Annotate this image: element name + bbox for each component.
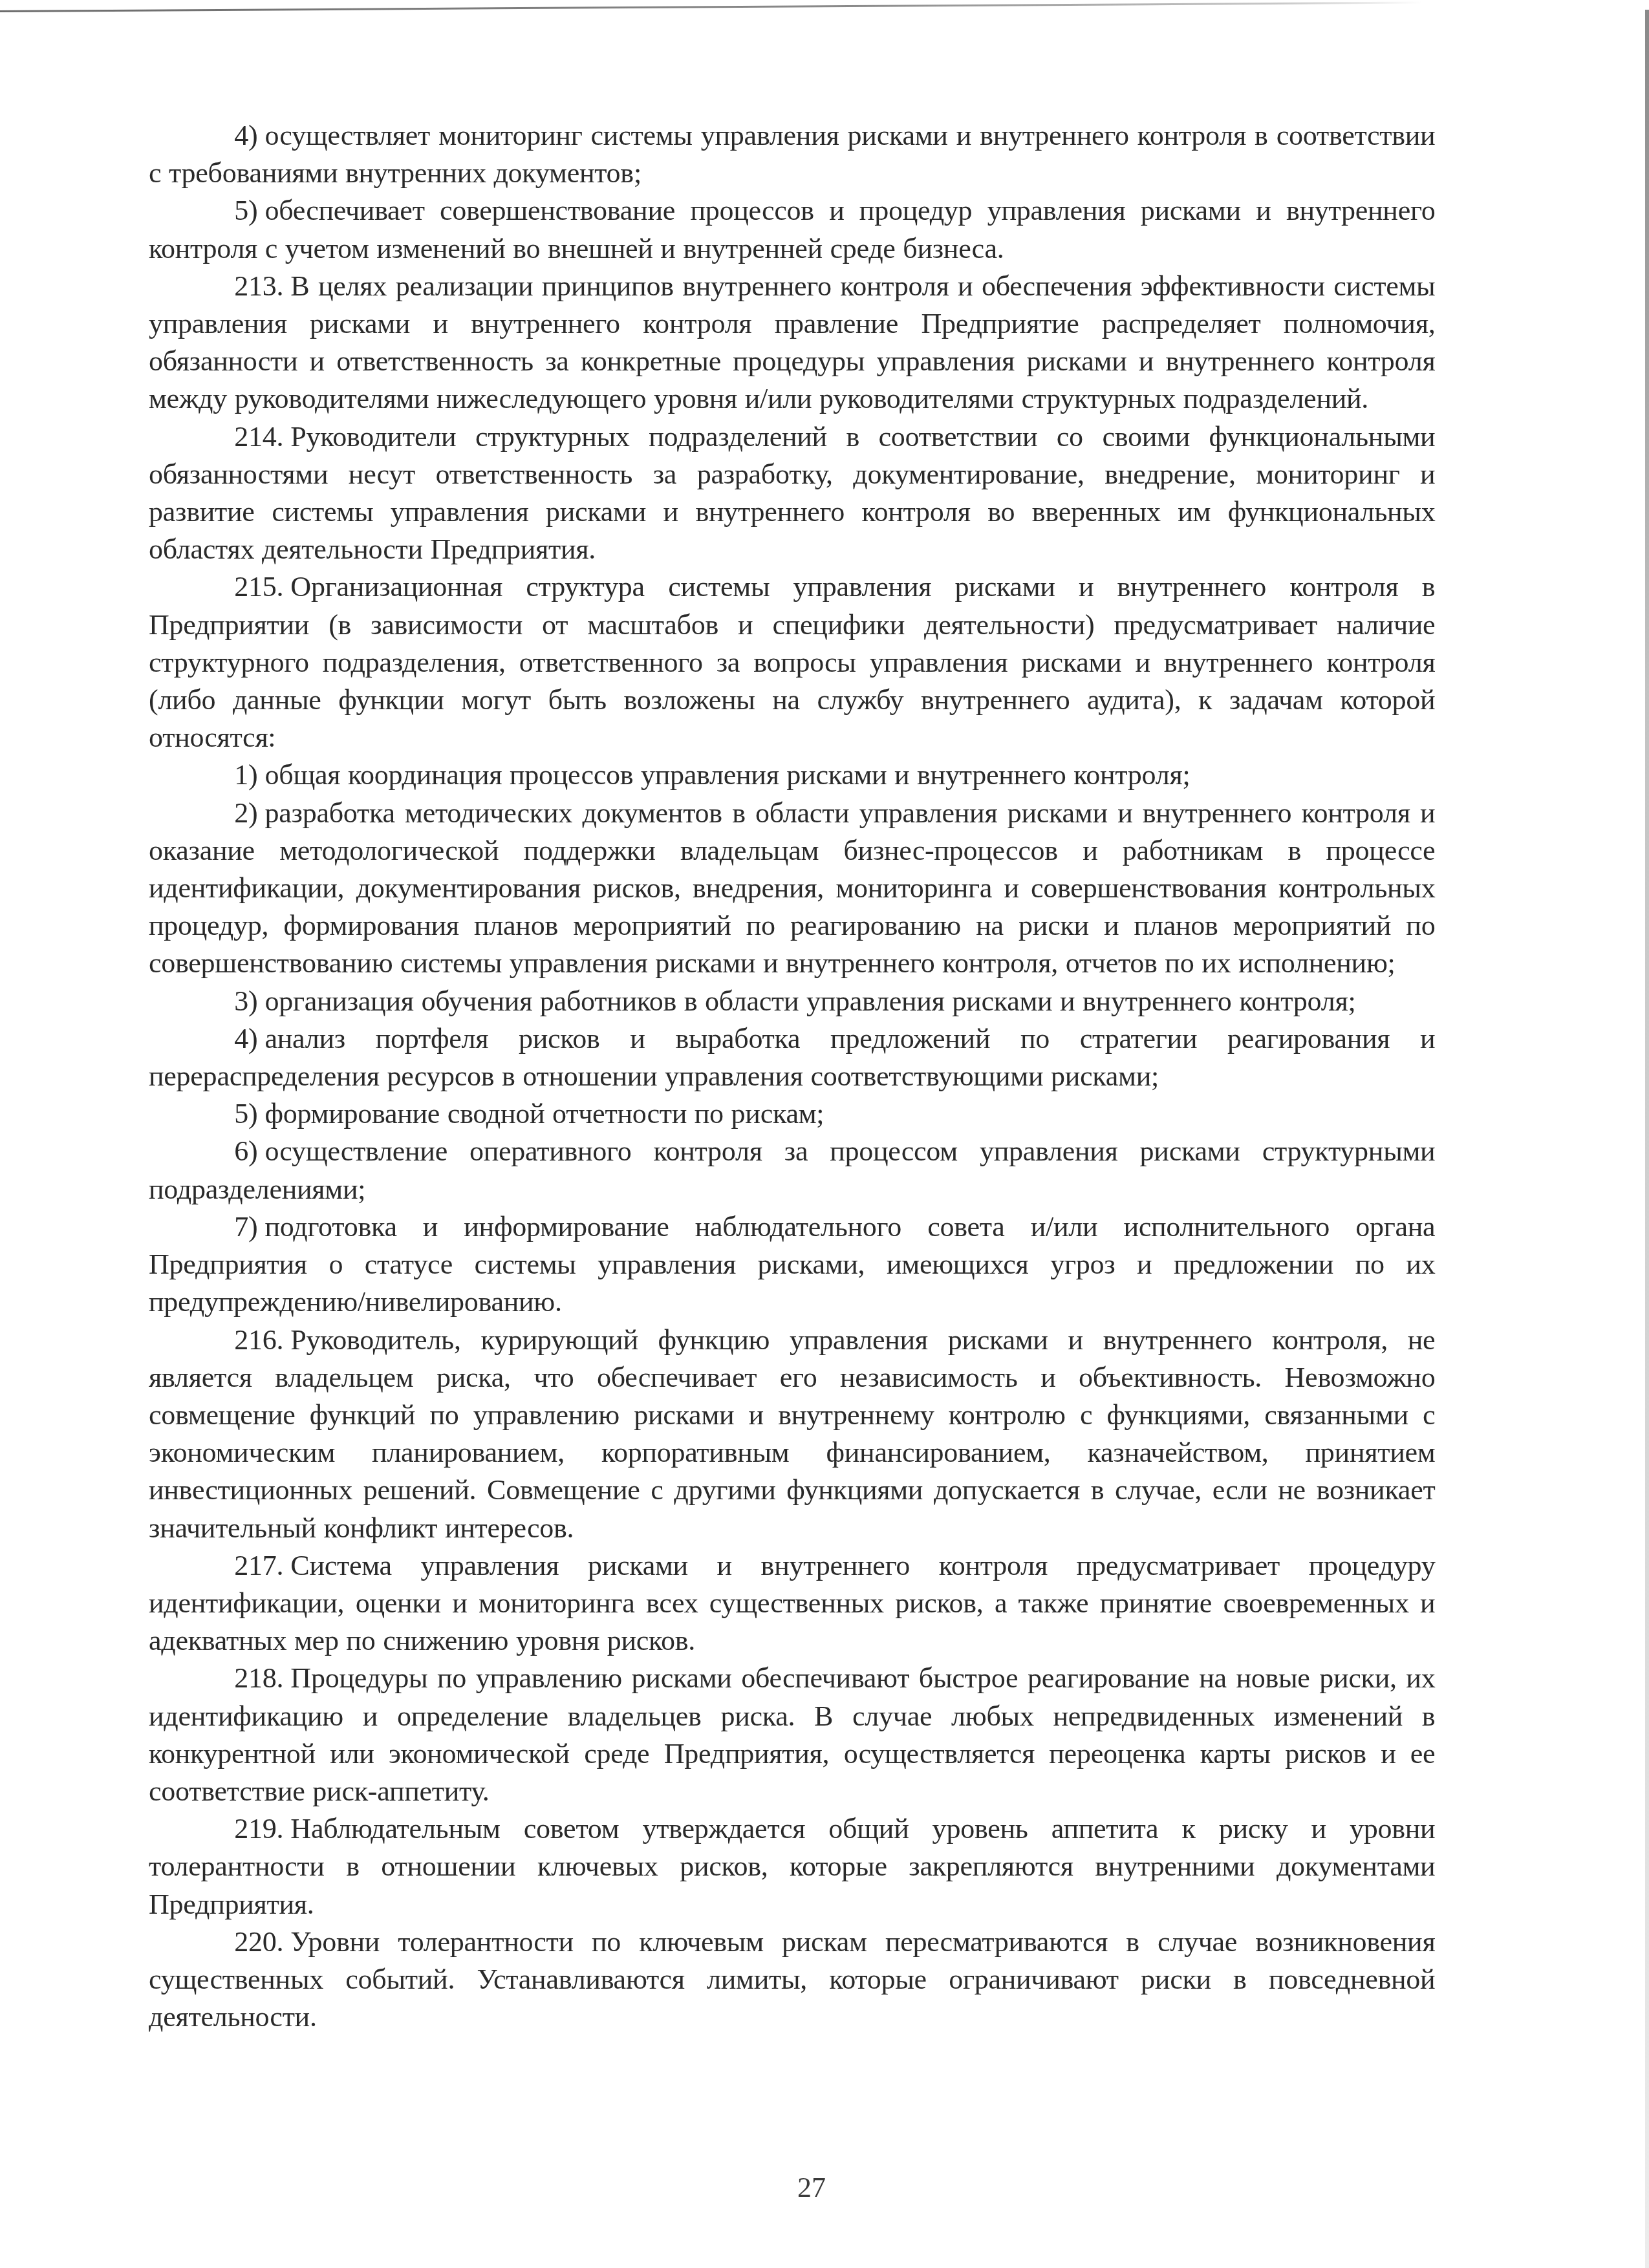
item-number: 6) — [234, 1135, 257, 1167]
document-page: 4)осуществляет мониторинг системы управл… — [149, 116, 1461, 2035]
item-number: 4) — [234, 119, 257, 151]
item-number: 1) — [234, 758, 257, 791]
list-item-4-monitoring: 4)осуществляет мониторинг системы управл… — [149, 116, 1435, 191]
clause-215: 215.Организационная структура системы уп… — [149, 568, 1435, 756]
item-number: 5) — [234, 1097, 257, 1129]
list-item-2-methodology: 2)разработка методических документов в о… — [149, 794, 1435, 982]
item-text: осуществляет мониторинг системы управлен… — [149, 119, 1435, 189]
clause-text: Уровни толерантности по ключевым рискам … — [149, 1925, 1435, 2033]
item-text: организация обучения работников в област… — [264, 985, 1355, 1017]
clause-219: 219.Наблюдательным советом утверждается … — [149, 1810, 1435, 1923]
clause-text: Процедуры по управлению рисками обеспечи… — [149, 1662, 1435, 1807]
list-item-7-informing: 7)подготовка и информирование наблюдател… — [149, 1208, 1435, 1321]
list-item-3-training: 3)организация обучения работников в обла… — [149, 982, 1435, 1020]
clause-text: Организационная структура системы управл… — [149, 570, 1435, 753]
item-text: общая координация процессов управления р… — [264, 758, 1190, 791]
item-text: осуществление оперативного контроля за п… — [149, 1135, 1435, 1204]
item-number: 7) — [234, 1210, 257, 1243]
clause-218: 218.Процедуры по управлению рисками обес… — [149, 1659, 1435, 1810]
clause-text: В целях реализации принципов внутреннего… — [149, 270, 1435, 415]
item-number: 3) — [234, 985, 257, 1017]
clause-number: 217. — [234, 1549, 283, 1581]
clause-text: Система управления рисками и внутреннего… — [149, 1549, 1435, 1656]
clause-text: Руководитель, курирующий функцию управле… — [149, 1323, 1435, 1544]
list-item-1-coordination: 1)общая координация процессов управления… — [149, 756, 1435, 793]
clause-217: 217.Система управления рисками и внутрен… — [149, 1546, 1435, 1660]
list-item-5-improvement: 5)обеспечивает совершенствование процесс… — [149, 191, 1435, 266]
item-number: 5) — [234, 194, 257, 226]
clause-216: 216.Руководитель, курирующий функцию упр… — [149, 1321, 1435, 1546]
clause-213: 213.В целях реализации принципов внутрен… — [149, 267, 1435, 418]
clause-220: 220.Уровни толерантности по ключевым рис… — [149, 1923, 1435, 2036]
list-item-4-portfolio: 4)анализ портфеля рисков и выработка пре… — [149, 1020, 1435, 1095]
clause-number: 215. — [234, 570, 283, 603]
item-number: 2) — [234, 797, 257, 829]
item-text: обеспечивает совершенствование процессов… — [149, 194, 1435, 264]
item-text: разработка методических документов в обл… — [149, 797, 1435, 979]
clause-number: 213. — [234, 270, 283, 302]
item-text: анализ портфеля рисков и выработка предл… — [149, 1022, 1435, 1092]
item-text: подготовка и информирование наблюдательн… — [149, 1210, 1435, 1318]
page-number: 27 — [763, 2171, 860, 2204]
list-item-5-reporting: 5)формирование сводной отчетности по рис… — [149, 1095, 1435, 1132]
item-number: 4) — [234, 1022, 257, 1054]
clause-text: Руководители структурных подразделений в… — [149, 420, 1435, 566]
clause-number: 218. — [234, 1662, 283, 1694]
clause-number: 214. — [234, 420, 283, 453]
clause-number: 216. — [234, 1323, 283, 1356]
scan-edge-right — [1645, 10, 1649, 2268]
item-text: формирование сводной отчетности по риска… — [264, 1097, 824, 1129]
clause-number: 220. — [234, 1925, 283, 1958]
clause-number: 219. — [234, 1812, 283, 1845]
list-item-6-control: 6)осуществление оперативного контроля за… — [149, 1132, 1435, 1207]
clause-text: Наблюдательным советом утверждается общи… — [149, 1812, 1435, 1920]
clause-214: 214.Руководители структурных подразделен… — [149, 418, 1435, 568]
scan-edge-top — [0, 2, 1423, 12]
